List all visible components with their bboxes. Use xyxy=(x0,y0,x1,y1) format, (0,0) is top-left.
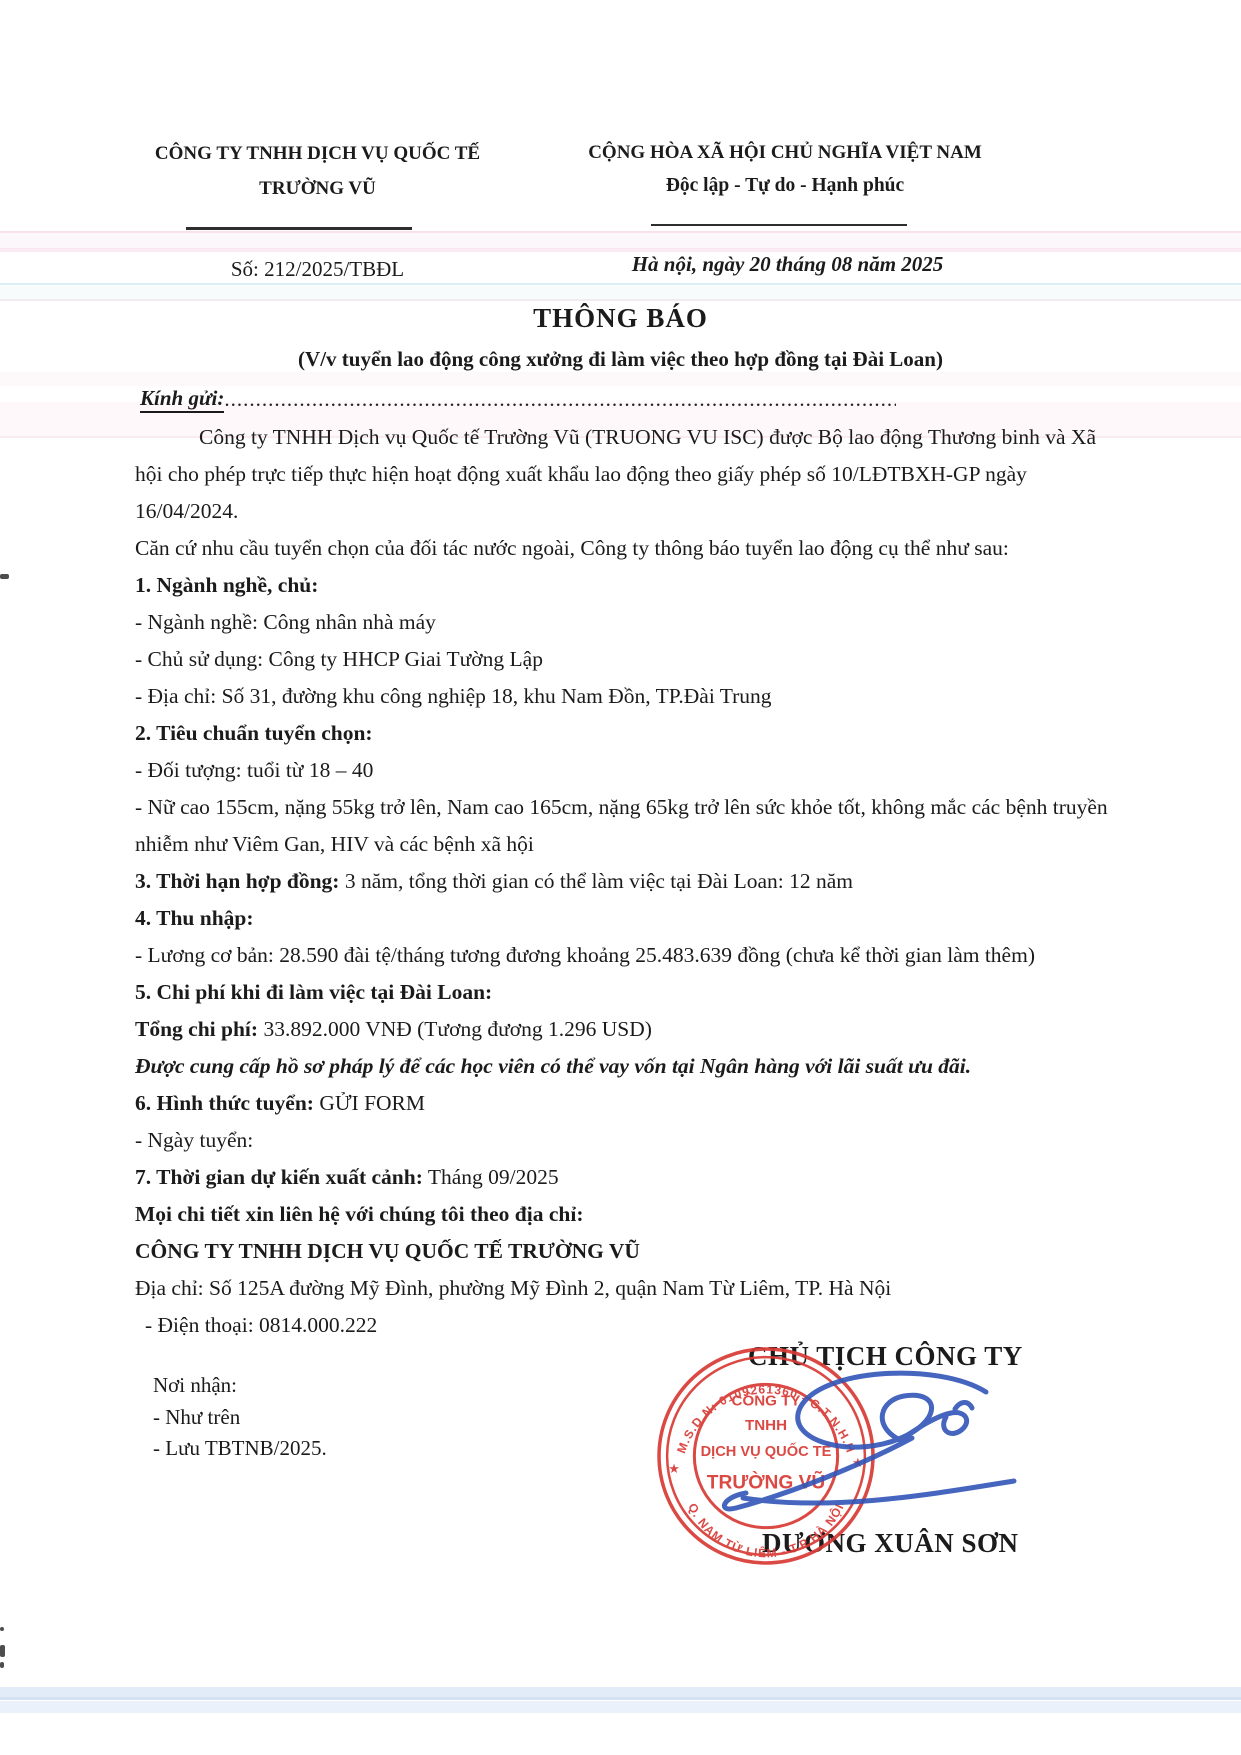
salutation-dotted-leader: ........................................… xyxy=(224,387,896,412)
header-rule-right xyxy=(651,224,907,226)
scan-speck xyxy=(0,574,9,579)
place-and-date: Hà nội, ngày 20 tháng 08 năm 2025 xyxy=(555,252,1020,277)
handwritten-signature xyxy=(688,1368,1020,1536)
republic-line1: CỘNG HÒA XÃ HỘI CHỦ NGHĨA VIỆT NAM xyxy=(545,136,1025,169)
scan-artifact-band xyxy=(0,1687,1241,1697)
section-heading: 5. Chi phí khi đi làm việc tại Đài Loan: xyxy=(135,974,1115,1011)
signature-curl-stroke xyxy=(900,1413,967,1440)
company-name-line1: CÔNG TY TNHH DỊCH VỤ QUỐC TẾ xyxy=(120,136,515,171)
scan-artifact-band xyxy=(0,372,1241,386)
body-paragraph: Căn cứ nhu cầu tuyển chọn của đối tác nư… xyxy=(135,530,1115,567)
document-subtitle: (V/v tuyển lao động công xưởng đi làm vi… xyxy=(0,347,1241,372)
list-item: - Ngày tuyển: xyxy=(135,1122,1115,1159)
scan-speck xyxy=(0,1627,4,1631)
salutation-line: Kính gửi:...............................… xyxy=(140,386,1120,412)
scan-artifact-band xyxy=(0,1701,1241,1713)
recipient-item: - Lưu TBTNB/2025. xyxy=(153,1433,327,1465)
contact-phone-line: - Điện thoại: 0814.000.222 xyxy=(135,1307,1115,1344)
document-title: THÔNG BÁO xyxy=(0,303,1241,334)
section-heading: 2. Tiêu chuẩn tuyển chọn: xyxy=(135,715,1115,752)
recipients-block: Nơi nhận: - Như trên - Lưu TBTNB/2025. xyxy=(153,1370,327,1465)
scan-artifact-band xyxy=(0,283,1241,301)
company-name-line2: TRƯỜNG VŨ xyxy=(120,171,515,206)
list-item: - Đối tượng: tuổi từ 18 – 40 xyxy=(135,752,1115,789)
recipient-item: - Như trên xyxy=(153,1402,327,1434)
stamp-star-left-icon: ★ xyxy=(668,1461,680,1476)
recipients-heading: Nơi nhận: xyxy=(153,1370,327,1402)
scan-speck xyxy=(0,1662,4,1668)
list-item: - Ngành nghề: Công nhân nhà máy xyxy=(135,604,1115,641)
salutation-label: Kính gửi: xyxy=(140,386,224,413)
list-item: - Chủ sử dụng: Công ty HHCP Giai Tường L… xyxy=(135,641,1115,678)
document-body: Công ty TNHH Dịch vụ Quốc tế Trường Vũ (… xyxy=(135,419,1115,1344)
total-cost-line: Tổng chi phí: 33.892.000 VNĐ (Tương đươn… xyxy=(135,1011,1115,1048)
header-rule-left xyxy=(186,227,412,230)
scan-artifact-band xyxy=(0,1697,1241,1700)
section-heading: 7. Thời gian dự kiến xuất cảnh: Tháng 09… xyxy=(135,1159,1115,1196)
contact-intro-line: Mọi chi tiết xin liên hệ với chúng tôi t… xyxy=(135,1196,1115,1233)
list-item: - Lương cơ bản: 28.590 đài tệ/tháng tươn… xyxy=(135,937,1115,974)
list-item: - Nữ cao 155cm, nặng 55kg trở lên, Nam c… xyxy=(135,789,1115,863)
section-heading: 6. Hình thức tuyển: GỬI FORM xyxy=(135,1085,1115,1122)
document-number: Số: 212/2025/TBĐL xyxy=(135,257,500,282)
scan-speck xyxy=(0,1645,5,1657)
republic-line2: Độc lập - Tự do - Hạnh phúc xyxy=(545,169,1025,202)
national-motto-block: CỘNG HÒA XÃ HỘI CHỦ NGHĨA VIỆT NAM Độc l… xyxy=(545,136,1025,202)
section-heading: 4. Thu nhập: xyxy=(135,900,1115,937)
loan-note-line: Được cung cấp hồ sơ pháp lý để các học v… xyxy=(135,1048,1115,1085)
signature-accent-stroke xyxy=(955,1402,972,1409)
body-paragraph: Công ty TNHH Dịch vụ Quốc tế Trường Vũ (… xyxy=(135,419,1115,530)
section-heading: 3. Thời hạn hợp đồng: 3 năm, tổng thời g… xyxy=(135,863,1115,900)
issuing-company-block: CÔNG TY TNHH DỊCH VỤ QUỐC TẾ TRƯỜNG VŨ xyxy=(120,136,515,206)
scan-artifact-band xyxy=(0,231,1241,249)
section-heading: 1. Ngành nghề, chủ: xyxy=(135,567,1115,604)
scanned-document-page: CÔNG TY TNHH DỊCH VỤ QUỐC TẾ TRƯỜNG VŨ C… xyxy=(0,0,1241,1755)
contact-company-line: CÔNG TY TNHH DỊCH VỤ QUỐC TẾ TRƯỜNG VŨ xyxy=(135,1233,1115,1270)
list-item: - Địa chỉ: Số 31, đường khu công nghiệp … xyxy=(135,678,1115,715)
signature-loop-stroke xyxy=(798,1373,986,1447)
contact-address-line: Địa chỉ: Số 125A đường Mỹ Đình, phường M… xyxy=(135,1270,1115,1307)
